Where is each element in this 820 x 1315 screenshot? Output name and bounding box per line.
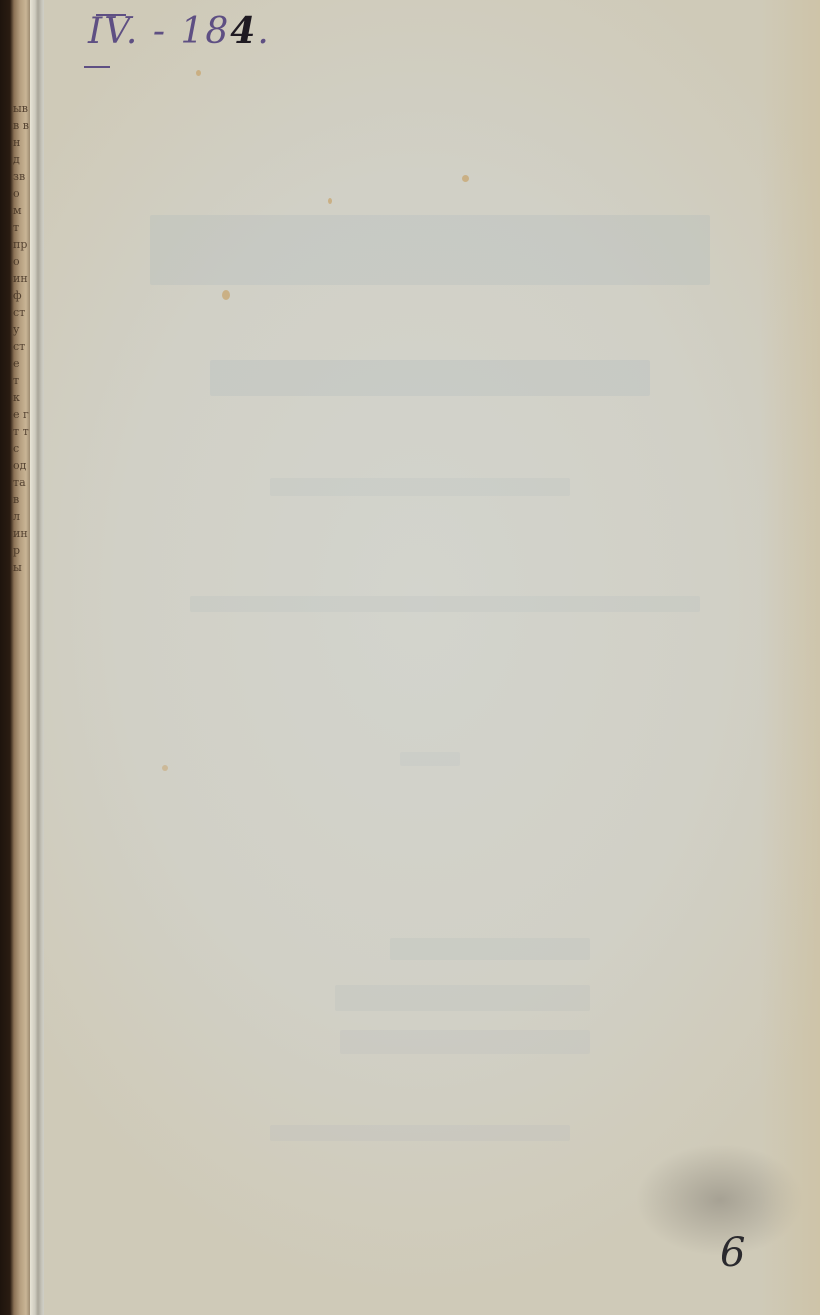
handwritten-shelfmark: IV. - 184. (88, 10, 271, 52)
bleed-through-line (190, 596, 700, 612)
handwritten-page-number: 6 (720, 1230, 745, 1276)
shelfmark-overline (96, 14, 126, 16)
book-spine: ыв в вн д зв о м т пр о ин ф ст у ст е т… (0, 0, 30, 1315)
bleed-through-imprint (390, 938, 590, 960)
page-gutter (30, 0, 44, 1315)
bleed-through-imprint-2 (335, 985, 590, 1011)
foxing-stain (162, 765, 168, 771)
bleed-through-printer (270, 1125, 570, 1141)
foxing-stain (462, 175, 469, 182)
bleed-through-title (150, 215, 710, 285)
bleed-through-author (270, 478, 570, 496)
spine-text-fragment: ыв в вн д зв о м т пр о ин ф ст у ст е т… (13, 100, 29, 576)
foxing-stain (222, 290, 230, 300)
bleed-through-subtitle (210, 360, 650, 396)
scanned-page: ыв в вн д зв о м т пр о ин ф ст у ст е т… (0, 0, 820, 1315)
bleed-through-imprint-3 (340, 1030, 590, 1054)
bleed-through-volume (400, 752, 460, 766)
foxing-stain (196, 70, 201, 76)
shelfmark-underline (84, 66, 110, 68)
foxing-stain (328, 198, 332, 204)
shelfmark-overwritten-digit: 4 (230, 10, 257, 52)
shelfmark-separator: - (153, 11, 167, 52)
shelfmark-prefix: IV. (88, 11, 139, 52)
shelfmark-number: 18 (180, 11, 230, 52)
